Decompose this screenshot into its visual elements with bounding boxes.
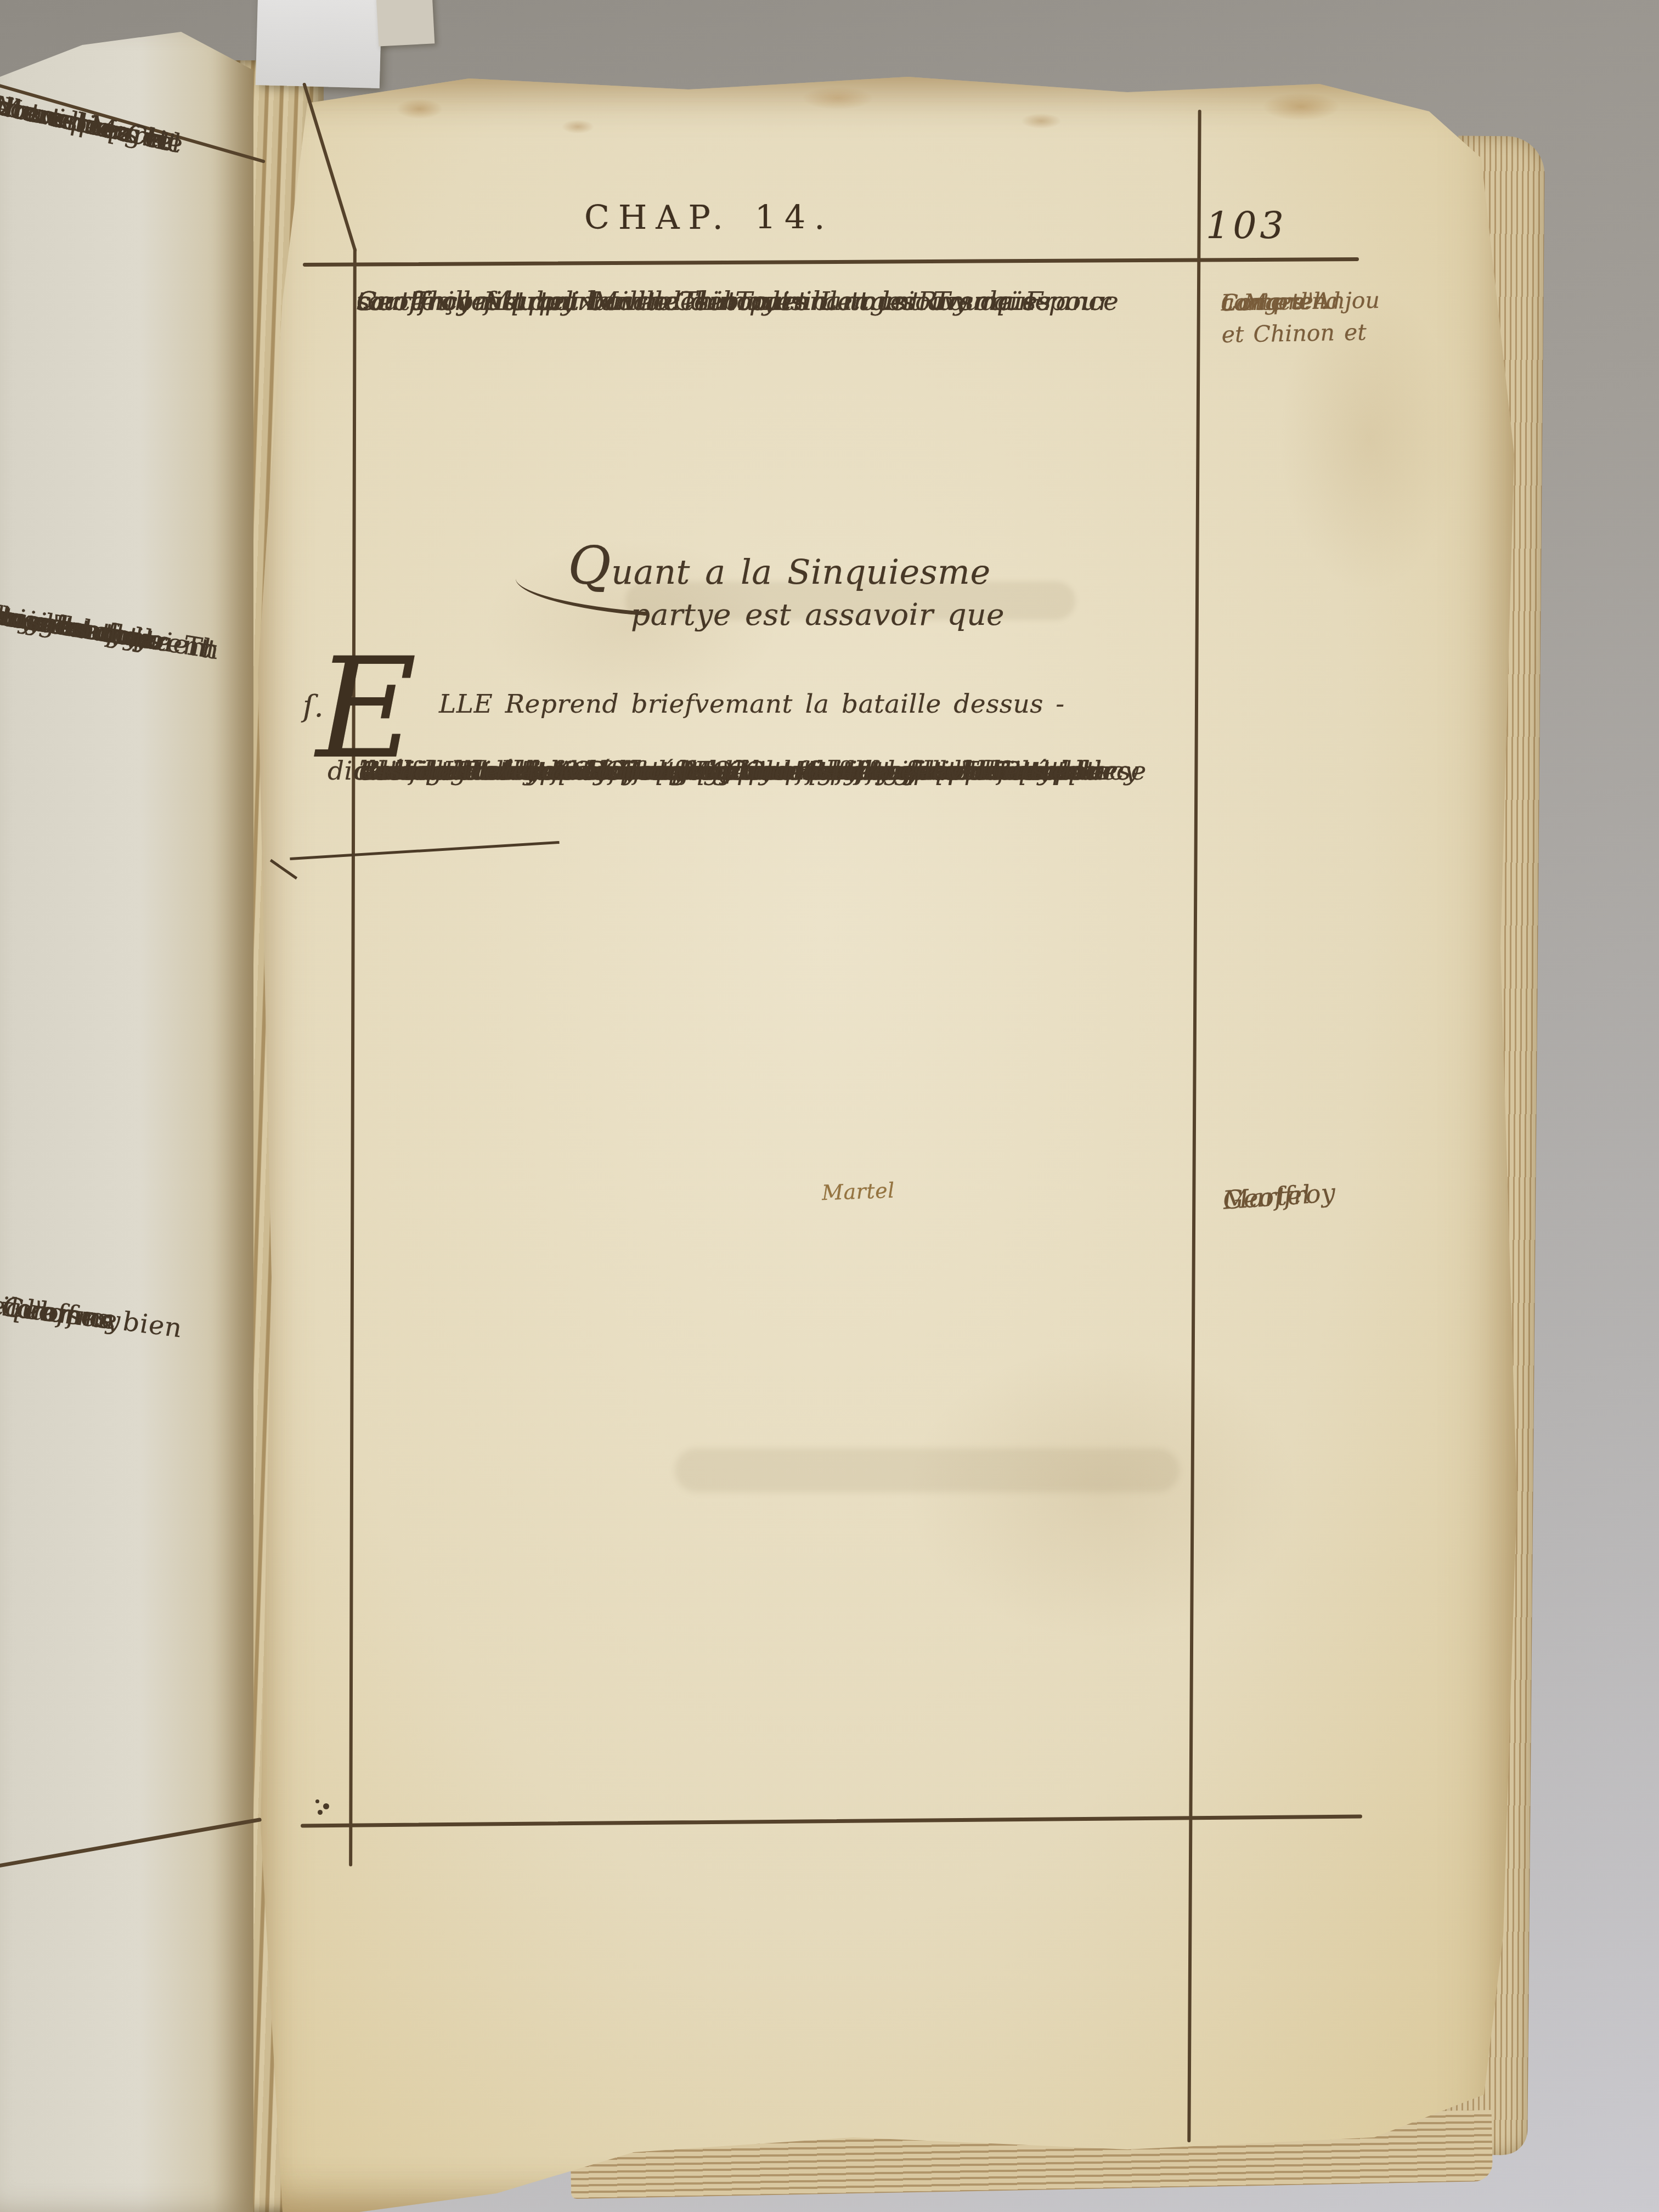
chapter-heading: CHAP. 14. [584, 199, 833, 237]
manuscript-line: a sa lance et avec moult grand ost de ch… [359, 742, 1046, 802]
margin-note-line: Langes. [1221, 275, 1311, 329]
manuscript-photo: CHAP. 14. 103 Geoffroy Martel la ville d… [0, 0, 1659, 2212]
margin-note-line: Martel [1221, 1168, 1312, 1227]
folio-number: 103 [1206, 204, 1287, 247]
foxing-stains [329, 77, 1459, 148]
ink-specks [315, 1799, 319, 1803]
section-heading-line2: partye est assavoir que [631, 597, 1005, 632]
paper-bookmark-tab [376, 0, 435, 47]
damp-stain [905, 1344, 1300, 1640]
paper-bookmark [256, 0, 382, 88]
manuscript-line: Geoffroy fist paix avec Thibault [357, 273, 791, 330]
left-page [0, 22, 253, 2212]
section-heading-line1: Quant a la Sinquiesme [568, 535, 991, 596]
interlinear-correction: Martel [821, 1178, 895, 1205]
body-first-line: LLE Reprend briefvemant la bataille dess… [439, 689, 1065, 719]
ink-bleedthrough [675, 1448, 1180, 1492]
